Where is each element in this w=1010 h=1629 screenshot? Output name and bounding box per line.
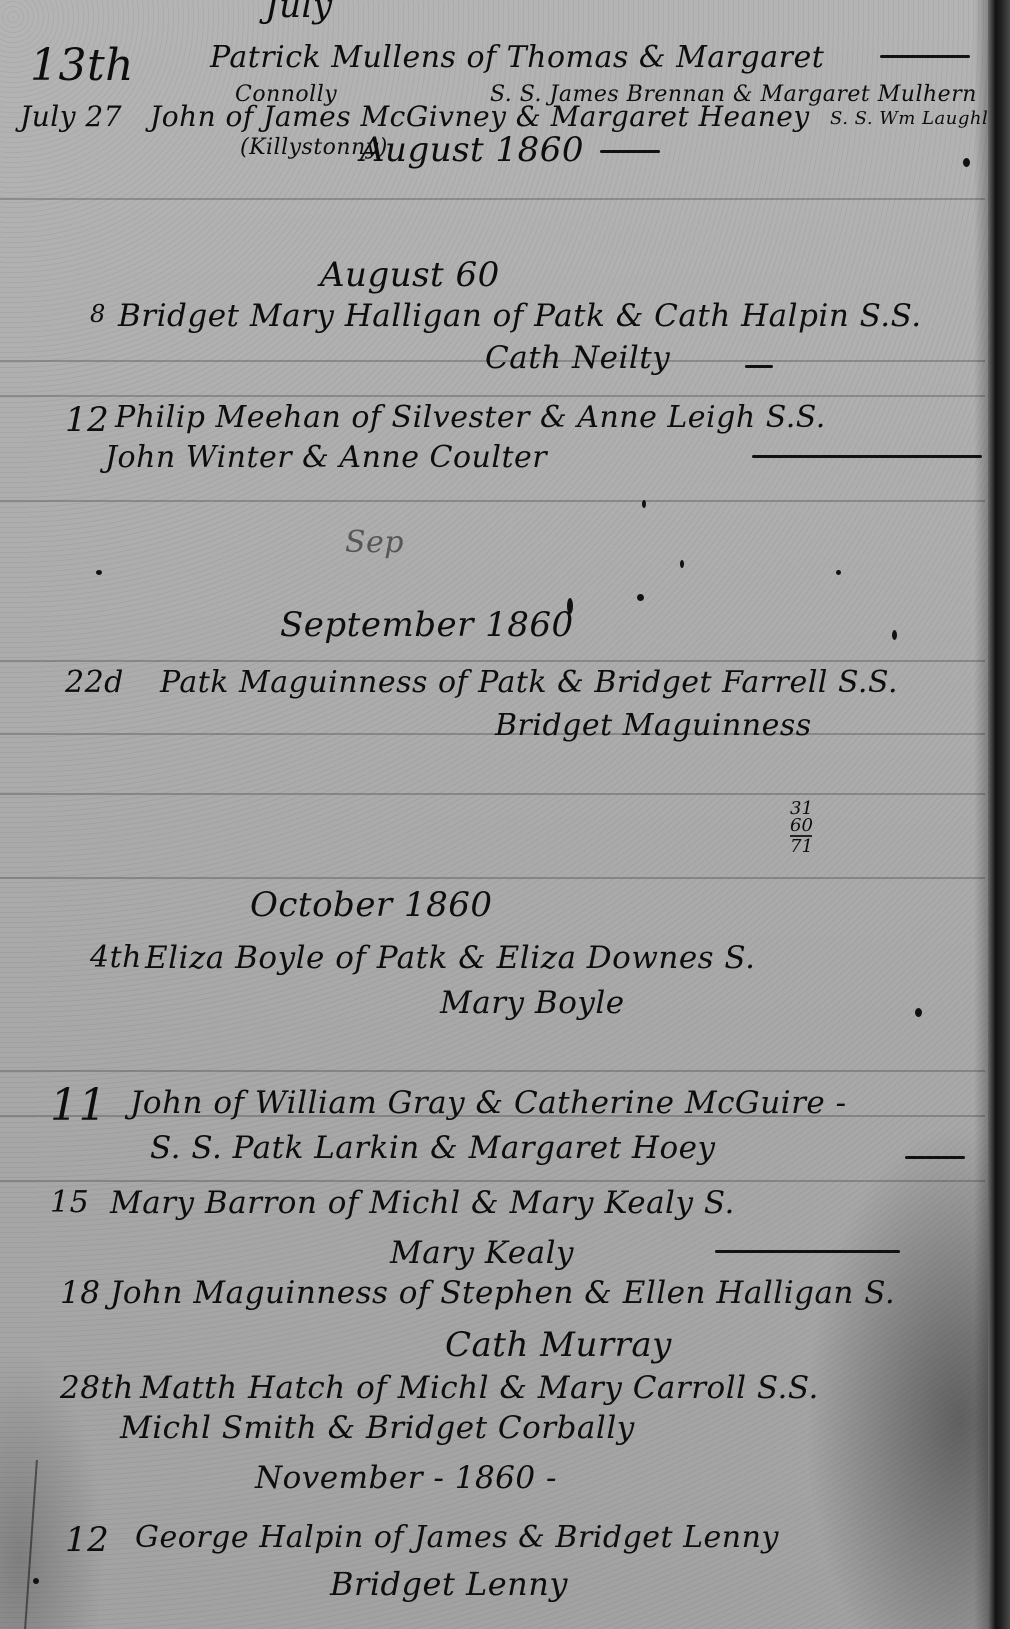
entry-day: 22d <box>65 665 124 700</box>
entry-line2: Bridget Lenny <box>330 1565 568 1603</box>
month-heading-july: July <box>265 0 333 26</box>
pen-dash <box>905 1156 965 1159</box>
pen-dash <box>715 1250 900 1253</box>
entry-day: 28th <box>60 1370 134 1406</box>
entry-line2: Michl Smith & Bridget Corbally <box>120 1410 635 1446</box>
margin-tally-note: 31 60 71 <box>790 800 813 855</box>
entry-line2: John Winter & Anne Coulter <box>105 440 547 475</box>
month-heading-sep-faint: Sep <box>345 525 404 560</box>
ruled-line <box>0 877 985 879</box>
entry-day: 15 <box>50 1185 89 1220</box>
ruled-line <box>0 733 985 735</box>
book-binding-edge <box>988 0 1010 1629</box>
tally-denominator: 71 <box>790 836 813 857</box>
tally-middle: 60 <box>790 817 813 834</box>
ink-speck <box>642 500 646 508</box>
entry-line1: Patk Maguinness of Patk & Bridget Farrel… <box>160 665 898 700</box>
entry-day: 8 <box>90 300 106 328</box>
month-heading-november-1860: November - 1860 - <box>255 1460 557 1496</box>
entry-line2: Mary Boyle <box>440 985 625 1021</box>
ink-blot <box>915 1008 922 1017</box>
entry-line1: George Halpin of James & Bridget Lenny <box>135 1520 779 1555</box>
entry-line1: Matth Hatch of Michl & Mary Carroll S.S. <box>140 1370 819 1406</box>
entry-line1: John Maguinness of Stephen & Ellen Halli… <box>110 1275 895 1311</box>
entry-day: 11 <box>50 1080 107 1131</box>
entry-line1: Eliza Boyle of Patk & Eliza Downes S. <box>145 940 755 976</box>
month-heading-september-1860: September 1860 <box>280 605 574 645</box>
ruled-line <box>0 660 985 662</box>
ruled-line <box>0 1180 985 1182</box>
ink-speck <box>33 1578 39 1584</box>
entry-line2: Cath Murray <box>445 1325 672 1365</box>
ink-blot <box>963 158 970 167</box>
month-heading-october-1860: October 1860 <box>250 885 493 925</box>
binding-shadow <box>974 0 988 1629</box>
entry-day: July 27 <box>20 100 122 133</box>
ink-speck <box>892 630 897 640</box>
entry-line1: Philip Meehan of Silvester & Anne Leigh … <box>115 400 826 435</box>
month-heading-august-1860: August 1860 <box>360 130 584 170</box>
ink-speck <box>836 570 841 575</box>
entry-day: 12 <box>65 400 109 440</box>
ruled-line <box>0 500 985 502</box>
month-heading-august-60: August 60 <box>320 255 500 295</box>
ruled-line <box>0 1070 985 1072</box>
entry-line2: Bridget Maguinness <box>495 708 812 743</box>
entry-day: 12 <box>65 1520 109 1560</box>
entry-day: 18 <box>60 1275 100 1311</box>
pen-dash <box>600 150 660 153</box>
ruled-line <box>0 395 985 397</box>
entry-line2: Cath Neilty <box>485 340 670 376</box>
pen-dash <box>752 455 982 458</box>
entry-day: 4th <box>90 940 142 975</box>
ink-speck <box>680 560 684 568</box>
register-page: July 13th Patrick Mullens of Thomas & Ma… <box>0 0 1010 1629</box>
page-left-edge <box>0 1460 38 1629</box>
pen-dash <box>880 55 970 58</box>
ruled-line <box>0 198 985 200</box>
ink-speck <box>96 570 102 575</box>
entry-line2: S. S. Patk Larkin & Margaret Hoey <box>150 1130 715 1166</box>
entry-line1: John of James McGivney & Margaret Heaney <box>150 100 810 133</box>
entry-line1: Mary Barron of Michl & Mary Kealy S. <box>110 1185 735 1221</box>
ruled-line <box>0 793 985 795</box>
entry-line2: Mary Kealy <box>390 1235 574 1271</box>
entry-line1: Patrick Mullens of Thomas & Margaret <box>210 40 824 75</box>
entry-line1: Bridget Mary Halligan of Patk & Cath Hal… <box>118 298 922 334</box>
entry-line1: John of William Gray & Catherine McGuire… <box>130 1085 847 1121</box>
pen-dash <box>745 365 773 368</box>
ink-speck <box>637 594 644 601</box>
entry-day: 13th <box>30 40 134 91</box>
